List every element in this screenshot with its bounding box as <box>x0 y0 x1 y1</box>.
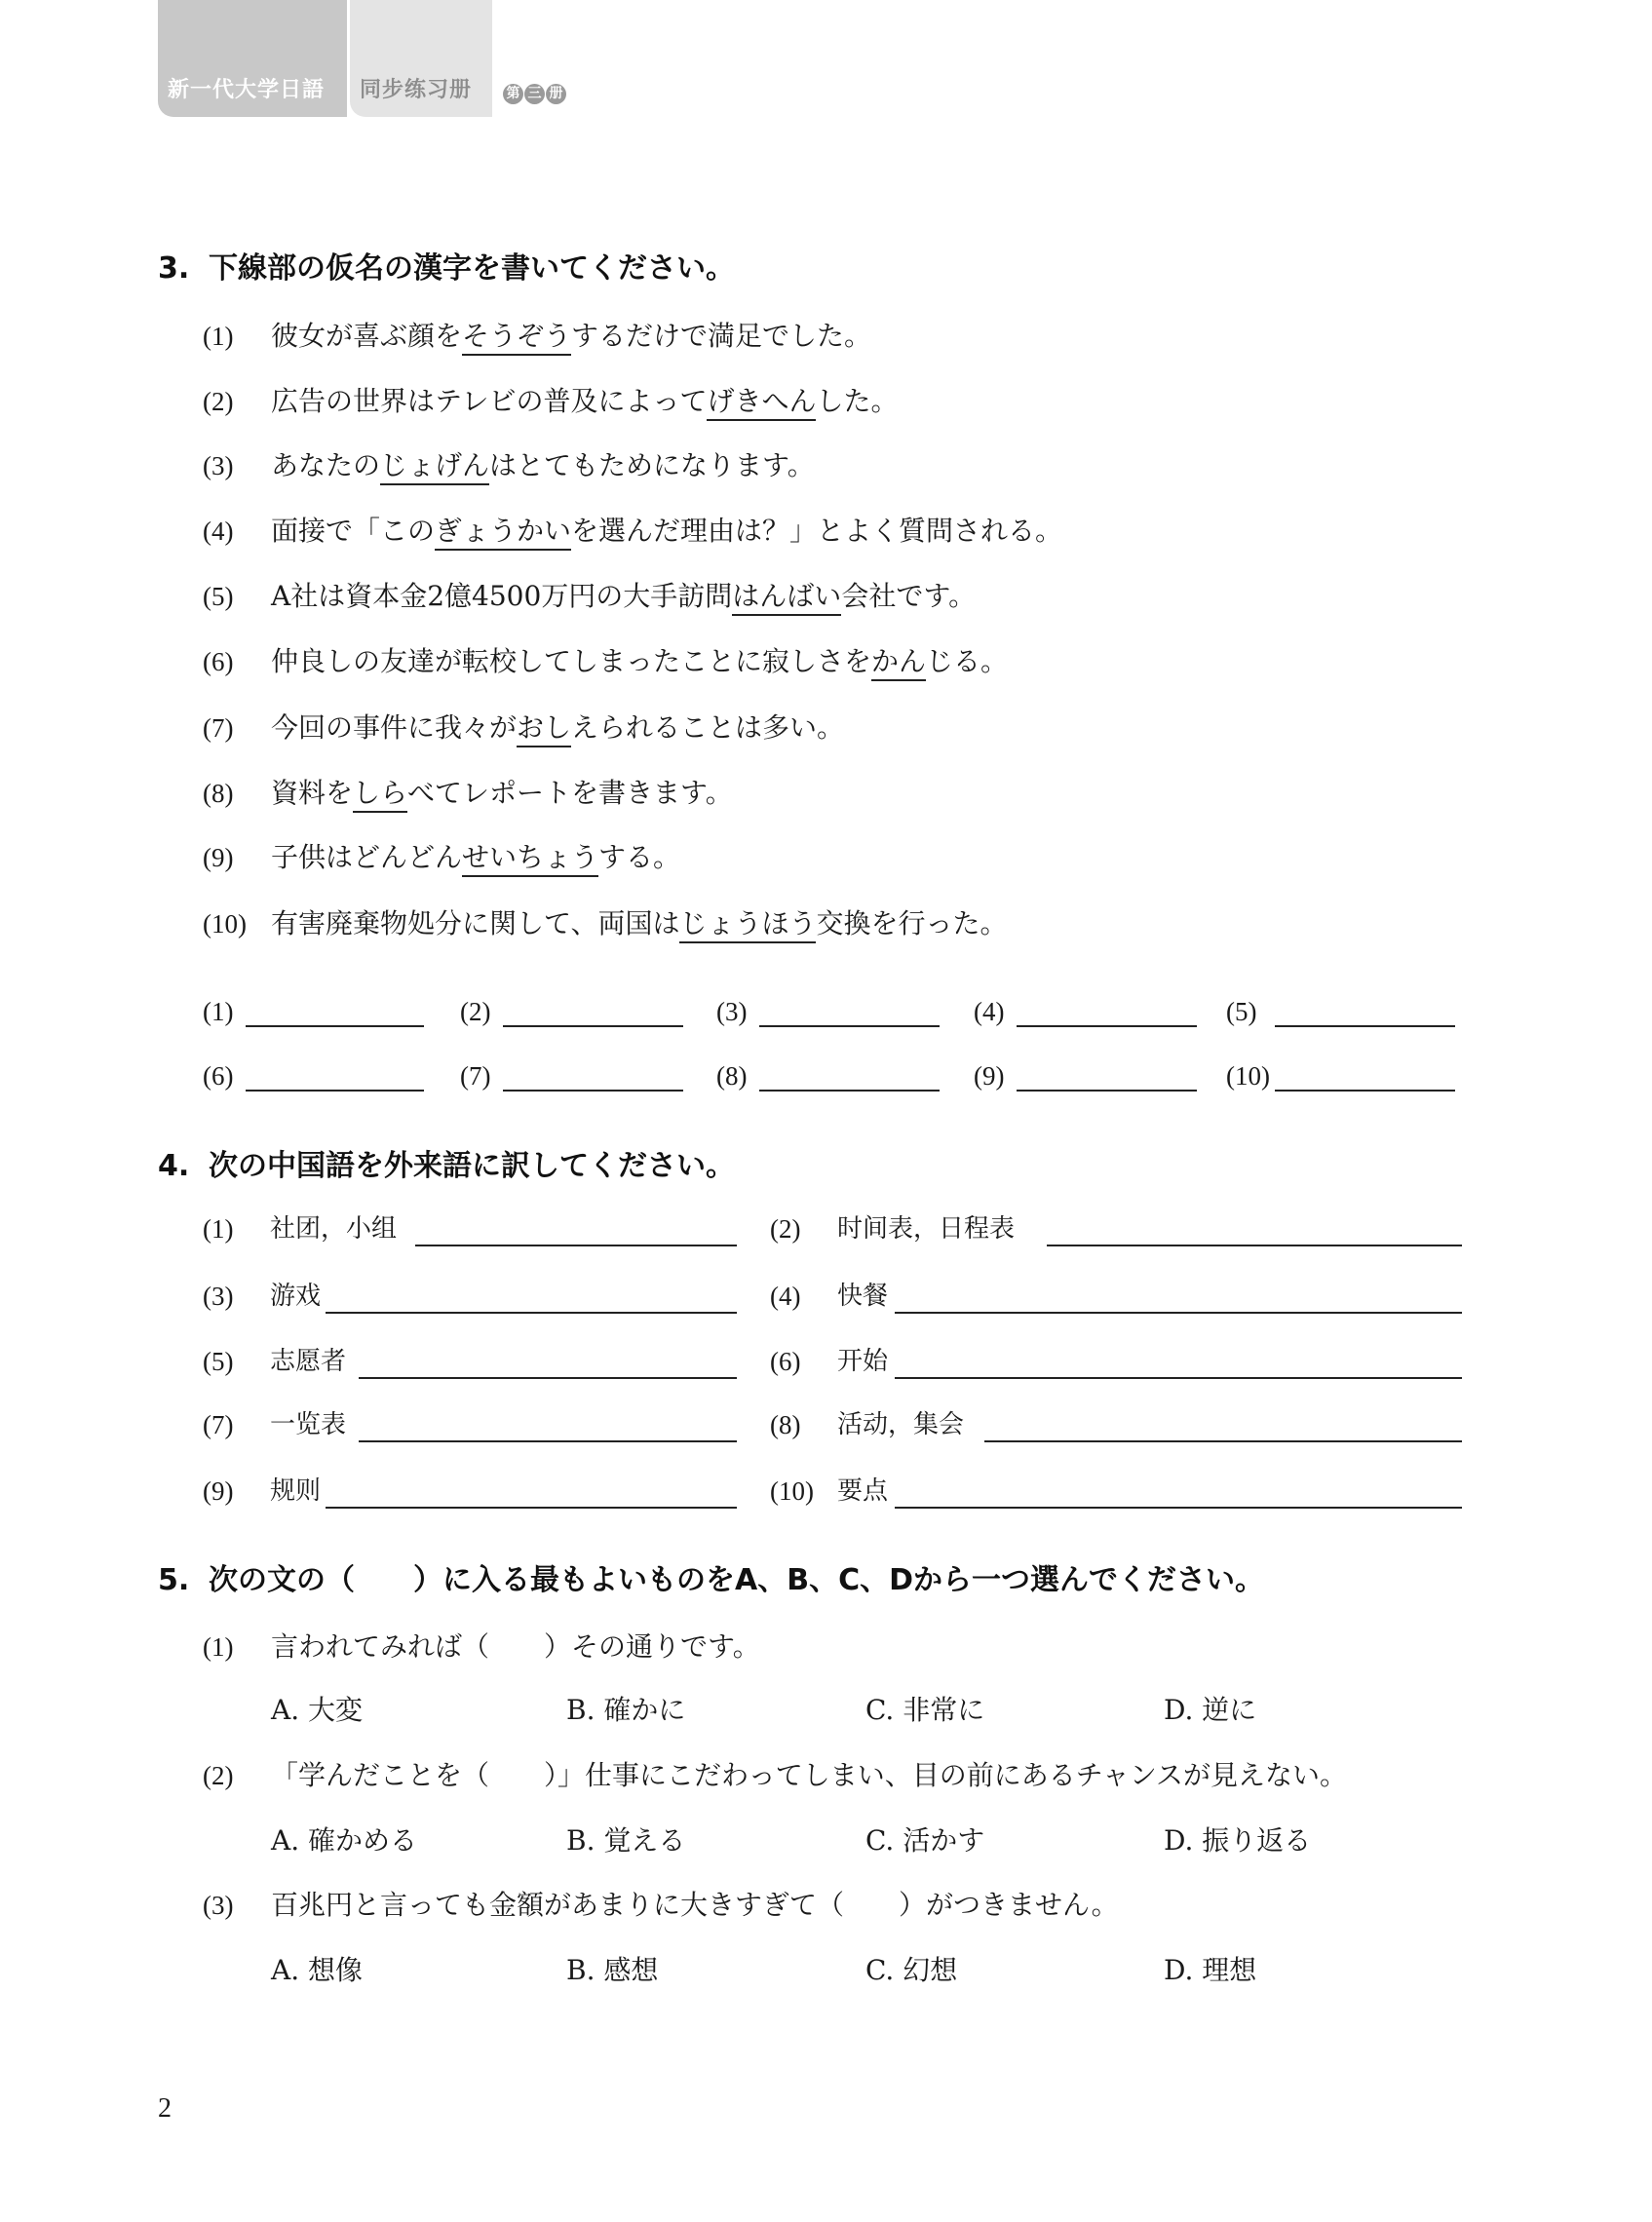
option-d[interactable]: D. 理想 <box>1164 1951 1256 1990</box>
question-row: (4)面接で「このぎょうかいを選んだ理由は？」とよく質問される。 <box>203 512 1062 551</box>
choice-question: (1)言われてみれば（ ）その通りです。 <box>203 1628 760 1666</box>
answer-line <box>1017 1025 1197 1027</box>
option-a[interactable]: A. 大変 <box>271 1691 363 1730</box>
section-4-heading: 4.次の中国語を外来語に訳してください。 <box>158 1141 735 1184</box>
answer-blank[interactable]: (4) <box>974 992 1198 1031</box>
translation-row[interactable]: (9)规则 <box>203 1472 737 1511</box>
answer-blank[interactable]: (3) <box>716 992 941 1031</box>
question-row: (9)子供はどんどんせいちょうする。 <box>203 838 680 877</box>
option-d[interactable]: D. 逆に <box>1164 1691 1256 1730</box>
underlined-kana: じょうほう <box>679 907 816 943</box>
option-b[interactable]: B. 確かに <box>566 1691 685 1730</box>
option-d[interactable]: D. 振り返る <box>1164 1821 1311 1860</box>
answer-line <box>895 1377 1462 1379</box>
question-row: (1)彼女が喜ぶ顔をそうぞうするだけで満足でした。 <box>203 317 871 356</box>
translation-row[interactable]: (6)开始 <box>770 1342 1462 1381</box>
option-c[interactable]: C. 幻想 <box>865 1951 957 1990</box>
question-row: (5)A社は資本金2億4500万円の大手訪問はんばい会社です。 <box>203 577 976 616</box>
translation-row[interactable]: (2)时间表，日程表 <box>770 1209 1462 1248</box>
answer-blank[interactable]: (1) <box>203 992 427 1031</box>
section-title: 下線部の仮名の漢字を書いてください。 <box>209 251 735 286</box>
question-row: (7)今回の事件に我々がおしえられることは多い。 <box>203 709 844 747</box>
option-a[interactable]: A. 確かめる <box>271 1821 417 1860</box>
underlined-kana: かん <box>871 645 926 681</box>
question-row: (10)有害廃棄物処分に関して、両国はじょうほう交換を行った。 <box>203 904 1007 943</box>
book-title: 新一代大学日語 <box>168 73 325 103</box>
section-number: 3. <box>158 251 209 286</box>
choice-question: (2)「学んだことを（ ）」仕事にこだわってしまい、目の前にあるチャンスが見えな… <box>203 1756 1347 1795</box>
answer-blank[interactable]: (6) <box>203 1056 427 1095</box>
answer-blank[interactable]: (7) <box>460 1056 684 1095</box>
answer-line <box>759 1090 940 1092</box>
workbook-title: 同步练习册 <box>360 73 472 103</box>
option-a[interactable]: A. 想像 <box>271 1951 363 1990</box>
section-title: 次の文の（ ）に入る最もよいものをA、B、C、Dから一つ選んでください。 <box>209 1563 1264 1597</box>
question-row: (6)仲良しの友達が転校してしまったことに寂しさをかんじる。 <box>203 642 1008 681</box>
translation-row[interactable]: (8)活动，集会 <box>770 1405 1462 1444</box>
answer-line <box>415 1245 737 1246</box>
answer-blank[interactable]: (9) <box>974 1056 1198 1095</box>
answer-line <box>984 1440 1462 1442</box>
answer-blank[interactable]: (5) <box>1226 992 1460 1031</box>
answer-blank[interactable]: (2) <box>460 992 684 1031</box>
translation-row[interactable]: (4)快餐 <box>770 1277 1462 1316</box>
answer-line <box>895 1312 1462 1314</box>
translation-row[interactable]: (3)游戏 <box>203 1277 737 1316</box>
option-c[interactable]: C. 活かす <box>865 1821 984 1860</box>
volume-char: 三 <box>524 84 545 104</box>
section-3-heading: 3.下線部の仮名の漢字を書いてください。 <box>158 244 735 287</box>
answer-line <box>503 1025 683 1027</box>
question-row: (8)資料をしらべてレポートを書きます。 <box>203 774 733 813</box>
answer-line <box>759 1025 940 1027</box>
answer-line <box>246 1090 424 1092</box>
answer-line <box>1017 1090 1197 1092</box>
option-b[interactable]: B. 覚える <box>566 1821 685 1860</box>
translation-row[interactable]: (1)社团，小组 <box>203 1209 737 1248</box>
volume-char: 第 <box>503 84 523 104</box>
answer-line <box>1275 1090 1455 1092</box>
choice-question: (3)百兆円と言っても金額があまりに大きすぎて（ ）がつきません。 <box>203 1886 1119 1925</box>
section-title: 次の中国語を外来語に訳してください。 <box>209 1149 735 1183</box>
underlined-kana: はんばい <box>732 580 841 616</box>
question-row: (2)広告の世界はテレビの普及によってげきへんした。 <box>203 382 898 421</box>
translation-row[interactable]: (5)志愿者 <box>203 1342 737 1381</box>
underlined-kana: ぎょうかい <box>435 515 571 551</box>
answer-line <box>1275 1025 1455 1027</box>
answer-line <box>326 1312 737 1314</box>
section-5-heading: 5.次の文の（ ）に入る最もよいものをA、B、C、Dから一つ選んでください。 <box>158 1555 1264 1598</box>
underlined-kana: げきへん <box>707 385 816 421</box>
option-c[interactable]: C. 非常に <box>865 1691 984 1730</box>
answer-line <box>359 1440 737 1442</box>
answer-line <box>359 1377 737 1379</box>
answer-line <box>246 1025 424 1027</box>
answer-line <box>895 1507 1462 1509</box>
answer-blank[interactable]: (8) <box>716 1056 941 1095</box>
section-number: 5. <box>158 1563 209 1597</box>
underlined-kana: そうぞう <box>462 320 571 356</box>
option-b[interactable]: B. 感想 <box>566 1951 658 1990</box>
page-number: 2 <box>158 2093 172 2125</box>
answer-line <box>1047 1245 1462 1246</box>
workbook-title-tab: 同步练习册 <box>350 0 492 117</box>
translation-row[interactable]: (10)要点 <box>770 1472 1462 1511</box>
volume-char: 册 <box>546 84 566 104</box>
translation-row[interactable]: (7)一览表 <box>203 1405 737 1444</box>
underlined-kana: しら <box>353 777 407 813</box>
answer-line <box>326 1507 737 1509</box>
answer-blank[interactable]: (10) <box>1226 1056 1460 1095</box>
volume-badge: 第 三 册 <box>503 84 566 104</box>
underlined-kana: おし <box>517 711 571 747</box>
section-number: 4. <box>158 1149 209 1183</box>
question-row: (3)あなたのじょげんはとてもためになります。 <box>203 446 815 485</box>
book-title-tab: 新一代大学日語 <box>158 0 347 117</box>
answer-line <box>503 1090 683 1092</box>
underlined-kana: じょげん <box>380 449 489 485</box>
underlined-kana: せいちょう <box>462 841 598 877</box>
